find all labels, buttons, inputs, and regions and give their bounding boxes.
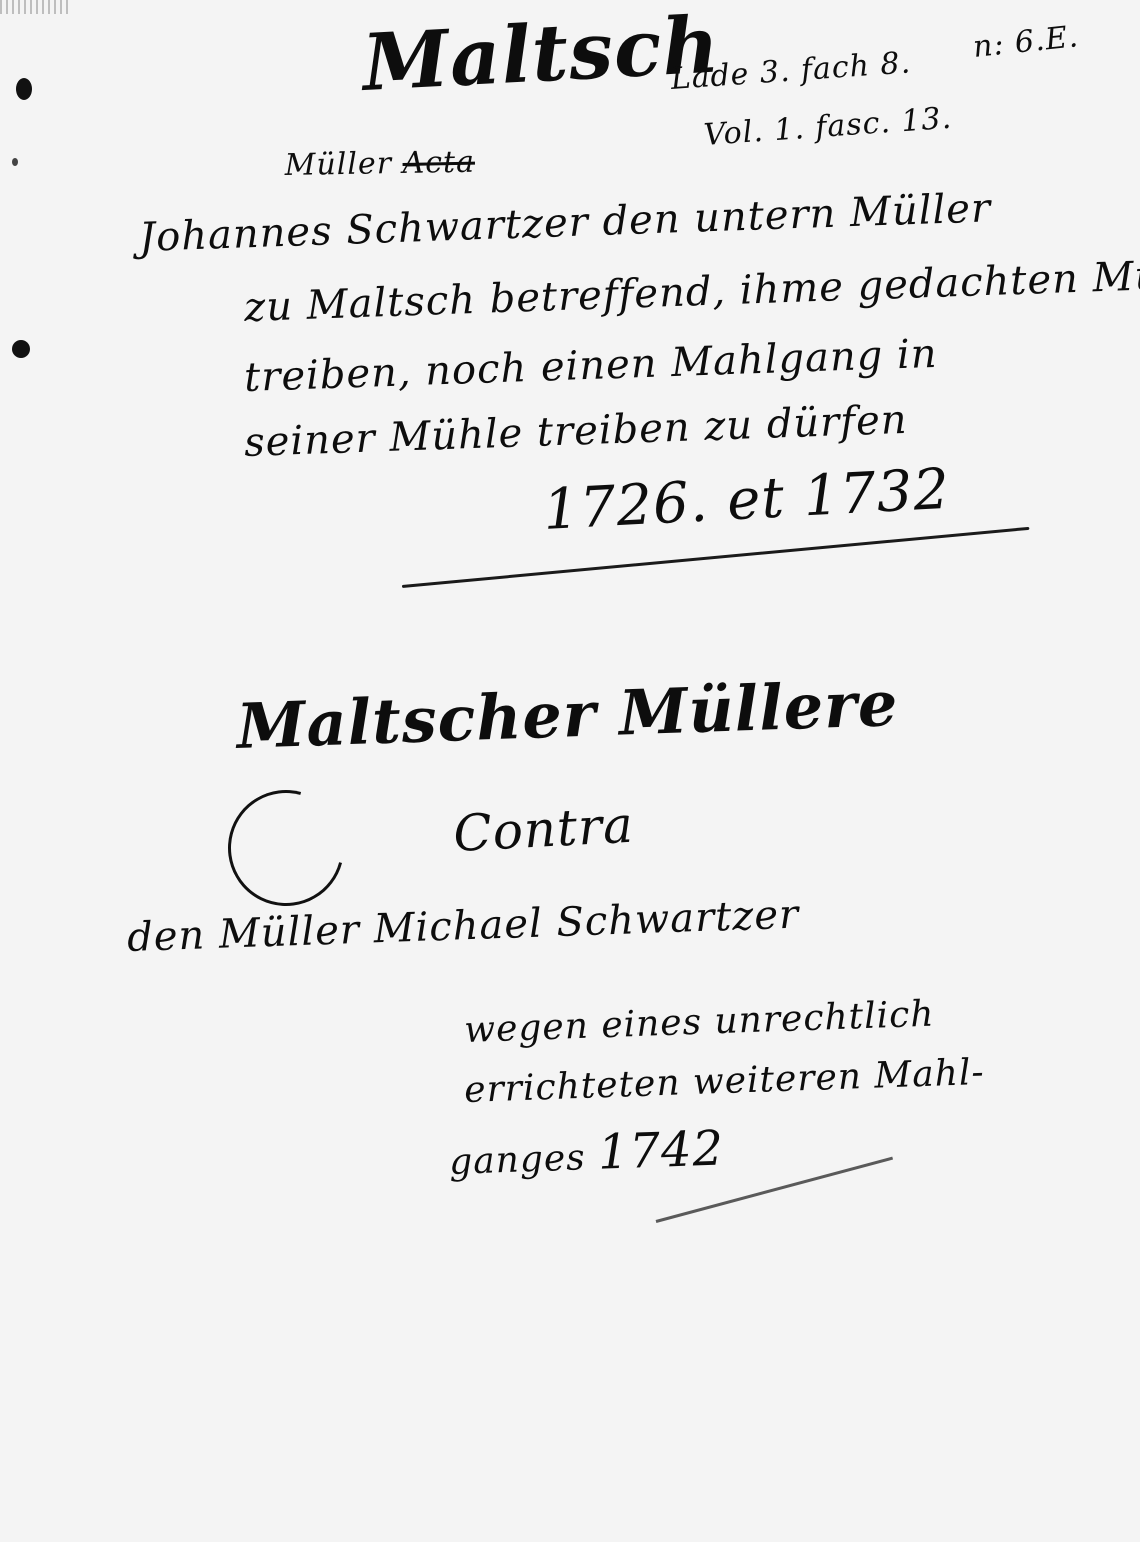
section1-line-1: Johannes Schwartzer den untern Müller <box>138 185 991 261</box>
section-divider-underline <box>402 527 1030 588</box>
binding-hole-mark <box>12 340 30 358</box>
contra-label: Contra <box>452 796 635 863</box>
section2-heading: Maltscher Müllere <box>235 667 899 763</box>
struck-word: Acta <box>402 145 475 181</box>
number-reference: n: 6.E. <box>971 19 1080 65</box>
shelfmark-line-2: Vol. 1. fasc. 13. <box>703 101 954 153</box>
subtitle-prefix: Müller <box>284 146 392 183</box>
subtitle: Müller Acta <box>284 145 475 183</box>
document-title: Maltsch <box>360 0 722 109</box>
section2-line-3-text: ganges <box>448 1137 586 1183</box>
section2-line-1: wegen eines unrechtlich <box>464 994 936 1051</box>
section2-party: den Müller Michael Schwartzer <box>126 892 799 961</box>
flourish-decoration <box>207 769 365 927</box>
section1-line-4: seiner Mühle treiben zu dürfen <box>243 397 908 466</box>
section1-line-2: zu Maltsch betreffend, ihme gedachten Mü… <box>243 250 1140 331</box>
section2-line-3: ganges 1742 <box>448 1120 725 1186</box>
scan-speckle <box>0 0 70 14</box>
section1-dates: 1726. et 1732 <box>542 457 952 543</box>
section2-year: 1742 <box>597 1120 725 1180</box>
section2-line-2: errichteten weiteren Mahl- <box>464 1052 986 1111</box>
manuscript-page: Maltsch Lade 3. fach 8. Vol. 1. fasc. 13… <box>0 0 1140 1542</box>
section1-line-3: treiben, noch einen Mahlgang in <box>243 331 938 401</box>
ink-blot <box>12 158 18 166</box>
binding-hole-mark <box>16 78 32 100</box>
